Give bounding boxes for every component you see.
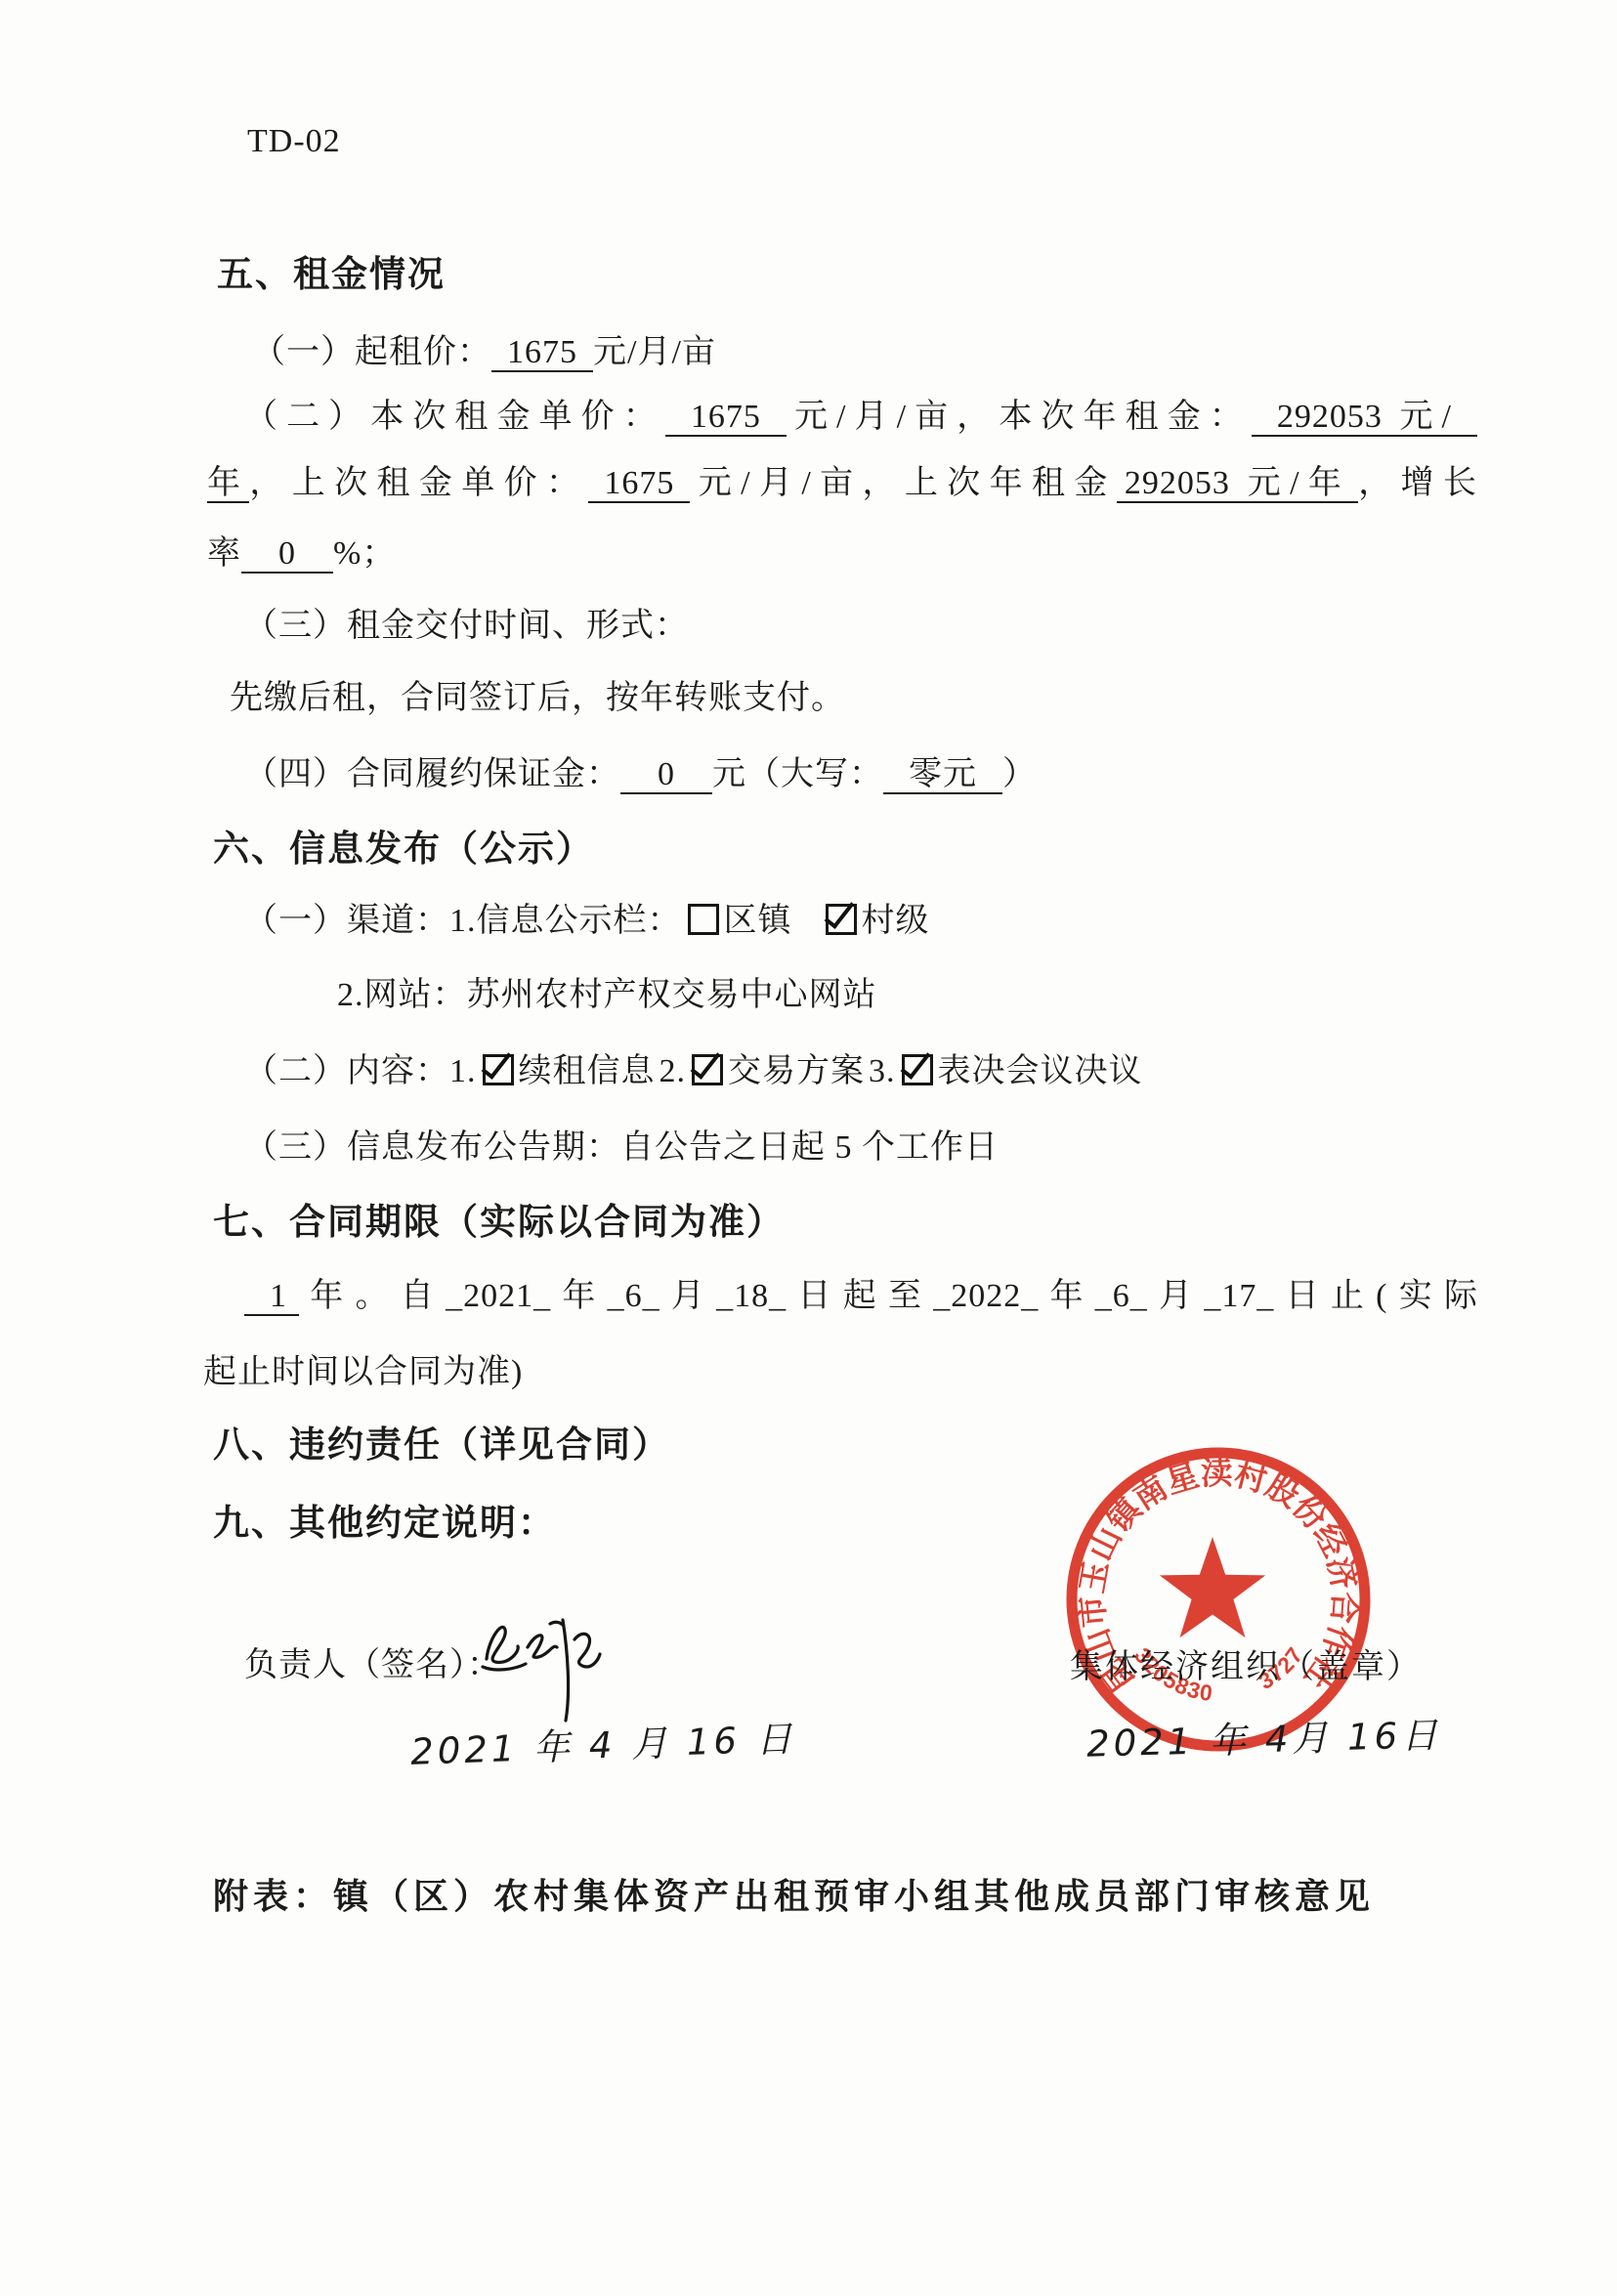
current-rent-unit-price: 1675 xyxy=(665,399,787,437)
contract-term-years: 1 xyxy=(244,1278,299,1316)
section6-title: 六、信息发布（公示） xyxy=(213,827,594,872)
current-year-rent: 292053 元/ xyxy=(1252,399,1477,437)
channel-prefix: （一）渠道：1.信息公示栏： xyxy=(244,903,682,939)
contract-term-dates: 年。自_2021_年_6_月_18_日起至_2022_年_6_月_17_日止(实… xyxy=(299,1278,1478,1314)
section6-website-line: 2.网站：苏州农村产权交易中心网站 xyxy=(337,975,877,1017)
section7-title: 七、合同期限（实际以合同为准） xyxy=(213,1200,785,1245)
section5-item3-label: （三）租金交付时间、形式： xyxy=(244,606,689,648)
start-rent-price-value: 1675 xyxy=(491,334,593,372)
section5-item2-line2: 年，上次租金单价：1675元/月/亩，上次年租金292053 元/年，增长 xyxy=(207,463,1477,505)
section7-term-line1: 1年。自_2021_年_6_月_18_日起至_2022_年_6_月_17_日止(… xyxy=(244,1276,1478,1318)
item2-prefix: （二）本次租金单价： xyxy=(244,399,665,435)
previous-rent-unit-price: 1675 xyxy=(588,465,690,503)
content-n3: 3. xyxy=(869,1053,896,1089)
form-code: TD-02 xyxy=(247,121,341,163)
section5-item2-line1: （二）本次租金单价：1675元/月/亩，本次年租金：292053 元/ xyxy=(244,397,1477,439)
seal-star xyxy=(1160,1537,1265,1637)
section5-item1: （一）起租价：1675元/月/亩 xyxy=(252,332,716,374)
checkbox-trade-plan-label: 交易方案 xyxy=(728,1053,865,1089)
checkbox-vote-resolution-label: 表决会议决议 xyxy=(938,1053,1143,1089)
section6-channel-line: （一）渠道：1.信息公示栏：区镇村级 xyxy=(244,901,930,943)
section6-publicity-period: （三）信息发布公告期：自公告之日起 5 个工作日 xyxy=(244,1127,999,1169)
section5-item2-line3: 率0%； xyxy=(207,533,396,575)
item2-mid1: ，上次租金单价： xyxy=(249,465,588,501)
handwritten-signature xyxy=(477,1610,614,1732)
item2-mid: 元/月/亩，本次年租金： xyxy=(787,399,1252,435)
checkbox-district-town xyxy=(688,904,719,935)
org-seal-label: 集体经济组织（盖章） xyxy=(1070,1647,1422,1689)
checkbox-vote-resolution xyxy=(902,1054,933,1085)
item1-suffix: 元/月/亩 xyxy=(593,334,716,370)
previous-year-rent: 292053 元/年 xyxy=(1117,465,1358,503)
checkbox-district-town-label: 区镇 xyxy=(724,903,792,939)
checkbox-renewal-info-label: 续租信息 xyxy=(519,1053,656,1089)
growth-rate-value: 0 xyxy=(241,535,333,574)
content-prefix: （二）内容：1. xyxy=(244,1053,477,1089)
signature-date-right: 2021 年 4月 16日 xyxy=(1085,1705,1441,1766)
section5-item3-content: 先缴后租，合同签订后，按年转账支付。 xyxy=(230,678,845,720)
section8-title: 八、违约责任（详见合同） xyxy=(213,1423,670,1467)
checkbox-village-level xyxy=(826,904,857,935)
item2-mid2: 元/月/亩，上次年租金 xyxy=(690,465,1116,501)
item2-tail: ，增长 xyxy=(1358,465,1477,501)
section6-content-line: （二）内容：1.续租信息2.交易方案3.表决会议决议 xyxy=(244,1051,1143,1093)
item1-prefix: （一）起租价： xyxy=(252,334,491,370)
section5-title: 五、租金情况 xyxy=(217,252,446,297)
scanned-document-page: TD-02 五、租金情况 （一）起租价：1675元/月/亩 （二）本次租金单价：… xyxy=(0,0,1617,2296)
content-n2: 2. xyxy=(660,1053,687,1089)
deposit-suffix: ） xyxy=(1002,756,1037,792)
section7-term-line2: 起止时间以合同为准) xyxy=(203,1352,523,1394)
deposit-value: 0 xyxy=(620,756,712,794)
wrap-underline-year: 年 xyxy=(207,465,249,503)
appendix-note: 附表：镇（区）农村集体资产出租预审小组其他成员部门审核意见 xyxy=(213,1874,1375,1918)
section9-title: 九、其他约定说明： xyxy=(213,1501,556,1546)
deposit-mid: 元（大写： xyxy=(712,756,883,792)
responsible-person-label: 负责人（签名）： xyxy=(244,1645,501,1687)
checkbox-renewal-info xyxy=(483,1054,514,1085)
growth-rate-prefix: 率 xyxy=(207,535,241,572)
checkbox-village-level-label: 村级 xyxy=(862,903,930,939)
checkbox-trade-plan xyxy=(692,1054,723,1085)
deposit-value-capital: 零元 xyxy=(883,756,1002,794)
growth-rate-suffix: %； xyxy=(333,535,396,572)
deposit-prefix: （四）合同履约保证金： xyxy=(244,756,620,792)
section5-item4: （四）合同履约保证金：0元（大写：零元） xyxy=(244,754,1037,796)
